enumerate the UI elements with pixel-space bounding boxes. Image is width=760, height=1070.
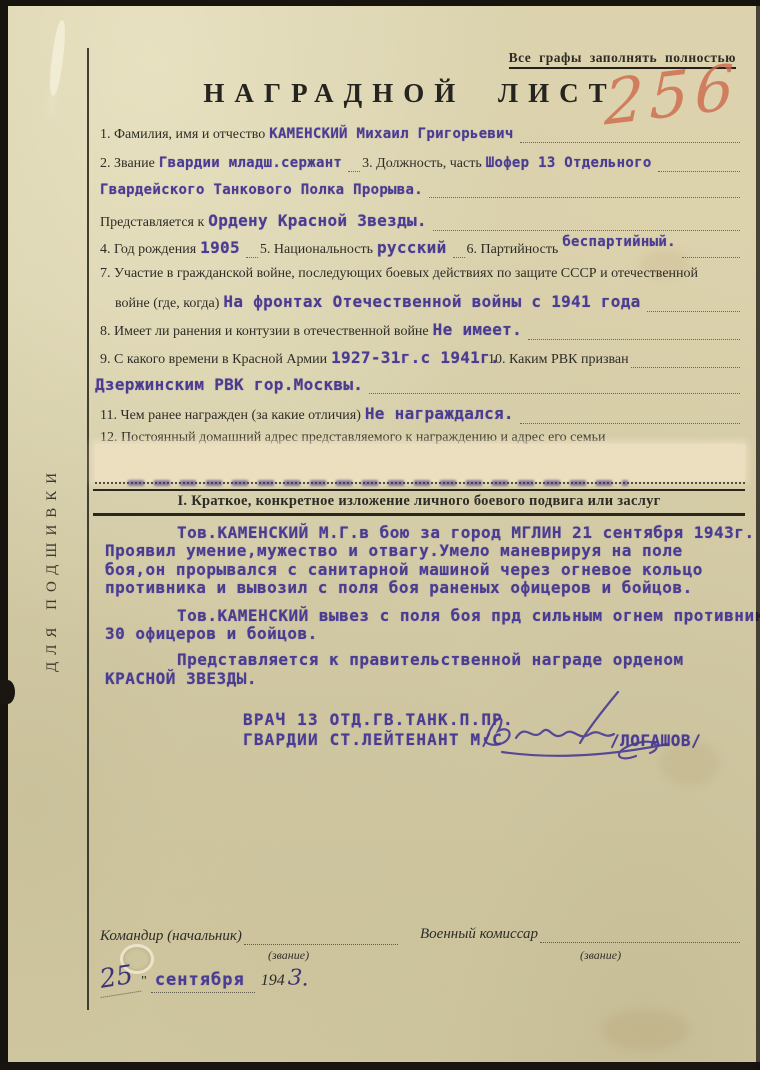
field-3-label: 3. Должность, часть — [362, 156, 482, 172]
dotted-leader — [520, 419, 740, 424]
binding-fold-line — [87, 48, 89, 1010]
divider-line-bottom — [93, 513, 745, 516]
field-8-row: 8. Имеет ли ранения и контузии в отечест… — [100, 320, 742, 340]
field-5-value: русский — [373, 238, 451, 257]
field-4-label: 4. Год рождения — [100, 242, 196, 258]
dotted-leader — [244, 940, 398, 945]
field-7-label-line1: 7. Участие в гражданской войне, последую… — [100, 266, 698, 282]
field-7-label-row: 7. Участие в гражданской войне, последую… — [100, 266, 742, 282]
citation-line: боя,он прорывался с санитарной машиной ч… — [105, 561, 753, 579]
field-1-value: КАМЕНСКИЙ Михаил Григорьевич — [265, 126, 517, 142]
field-3-value-continued: Гвардейского Танкового Полка Прорыва. — [100, 182, 427, 198]
field-11-value: Не награждался. — [361, 404, 518, 423]
dotted-leader — [348, 167, 360, 172]
field-5-label: 5. Национальность — [260, 242, 373, 258]
dotted-leader — [433, 226, 740, 231]
citation-line: Тов.КАМЕНСКИЙ вывез с поля боя прд сильн… — [105, 607, 753, 625]
field-6-value: беспартийный. — [558, 234, 679, 250]
field-10-value-row: Дзержинским РВК гор.Москвы. — [95, 375, 742, 394]
date-day-handwritten: 25 — [96, 959, 142, 998]
field-3-value: Шофер 13 Отдельного — [482, 155, 656, 171]
dotted-leader — [520, 138, 740, 143]
field-9-label: 9. С какого времени в Красной Армии — [100, 352, 327, 368]
field-7-label-line2: войне (где, когда) — [115, 296, 219, 312]
field-11-label: 11. Чем ранее награжден (за какие отличи… — [100, 408, 361, 424]
citation-line: Проявил умение,мужество и отвагу.Умело м… — [105, 542, 753, 560]
citation-line: 30 офицеров и бойцов. — [105, 625, 753, 643]
citation-line: противника и вывозил с поля боя раненых … — [105, 579, 753, 597]
dotted-leader — [528, 335, 740, 340]
citation-body: Тов.КАМЕНСКИЙ М.Г.в бою за город МГЛИН 2… — [105, 524, 753, 688]
dotted-leader — [631, 363, 740, 368]
paper-tear — [47, 20, 67, 97]
birth-nationality-party-row: 4. Год рождения 1905 5. Национальность р… — [100, 238, 742, 258]
field-1-label: 1. Фамилия, имя и отчество — [100, 127, 265, 143]
field-7-value-row: войне (где, когда) На фронтах Отечествен… — [115, 292, 742, 312]
commissar-label: Военный комиссар — [420, 926, 538, 943]
divider-line-top — [93, 489, 745, 491]
award-sheet-scan: ДЛЯ ПОДШИВКИ Все графы заполнять полност… — [0, 0, 760, 1070]
dotted-leader — [246, 253, 258, 258]
citation-line: Представляется к правительственной награ… — [105, 651, 753, 669]
date-year-printed: 194 — [261, 972, 285, 990]
dotted-leader — [429, 193, 740, 198]
presented-for-row: Представляется к Ордену Красной Звезды. — [100, 211, 742, 231]
field-2-value: Гвардии младш.сержант — [155, 155, 346, 171]
field-11-row: 11. Чем ранее награжден (за какие отличи… — [100, 404, 742, 424]
scan-edge-top — [0, 0, 760, 6]
paper-stain — [600, 1010, 690, 1050]
dotted-leader — [647, 307, 740, 312]
field-6-label: 6. Партийность — [467, 242, 559, 258]
field-9-value: 1927-31г.с 1941г. — [327, 348, 504, 367]
field-2-label: 2. Звание — [100, 156, 155, 172]
binding-margin-note: ДЛЯ ПОДШИВКИ — [44, 392, 70, 672]
rank-note: (звание) — [580, 948, 621, 963]
dotted-leader — [658, 167, 740, 172]
scan-edge-left — [0, 0, 8, 1070]
dotted-leader — [682, 253, 740, 258]
ink-blot — [0, 680, 15, 704]
dotted-leader — [369, 389, 740, 394]
handwritten-signature — [468, 686, 708, 771]
field-10-value: Дзержинским РВК гор.Москвы. — [95, 375, 367, 394]
field-9-10-row: 9. С какого времени в Красной Армии 1927… — [100, 348, 742, 368]
dotted-leader — [453, 253, 465, 258]
field-4-value: 1905 — [196, 238, 244, 257]
field-8-label: 8. Имеет ли ранения и контузии в отечест… — [100, 324, 429, 340]
field-8-value: Не имеет. — [429, 320, 526, 339]
presented-for-value: Ордену Красной Звезды. — [204, 211, 431, 230]
date-month-typed: сентября — [151, 970, 255, 993]
field-rank-position-row: 2. Звание Гвардии младш.сержант 3. Должн… — [100, 155, 742, 172]
citation-line: Тов.КАМЕНСКИЙ М.Г.в бою за город МГЛИН 2… — [105, 524, 753, 542]
presented-for-label: Представляется к — [100, 215, 204, 231]
date-row: 25 " сентября 194 3. — [98, 962, 309, 995]
redacted-address-area — [95, 444, 745, 481]
commander-signature-row: Командир (начальник) — [100, 928, 400, 945]
dotted-leader — [540, 938, 740, 943]
commissar-signature-row: Военный комиссар — [420, 926, 742, 943]
redacted-text-smudge — [128, 480, 628, 486]
commander-label: Командир (начальник) — [100, 928, 242, 945]
field-7-value: На фронтах Отечественной войны с 1941 го… — [219, 292, 644, 311]
field-position-continued-row: Гвардейского Танкового Полка Прорыва. — [100, 182, 742, 198]
date-quote-mark: " — [141, 974, 147, 990]
field-10-label: 10. Каким РВК призван — [488, 352, 629, 368]
scan-edge-bottom — [0, 1062, 760, 1070]
scan-edge-right — [756, 0, 760, 1070]
rank-note: (звание) — [268, 948, 309, 963]
date-year-handwritten: 3. — [287, 965, 310, 991]
section-1-heading: I. Краткое, конкретное изложение личного… — [95, 493, 743, 510]
